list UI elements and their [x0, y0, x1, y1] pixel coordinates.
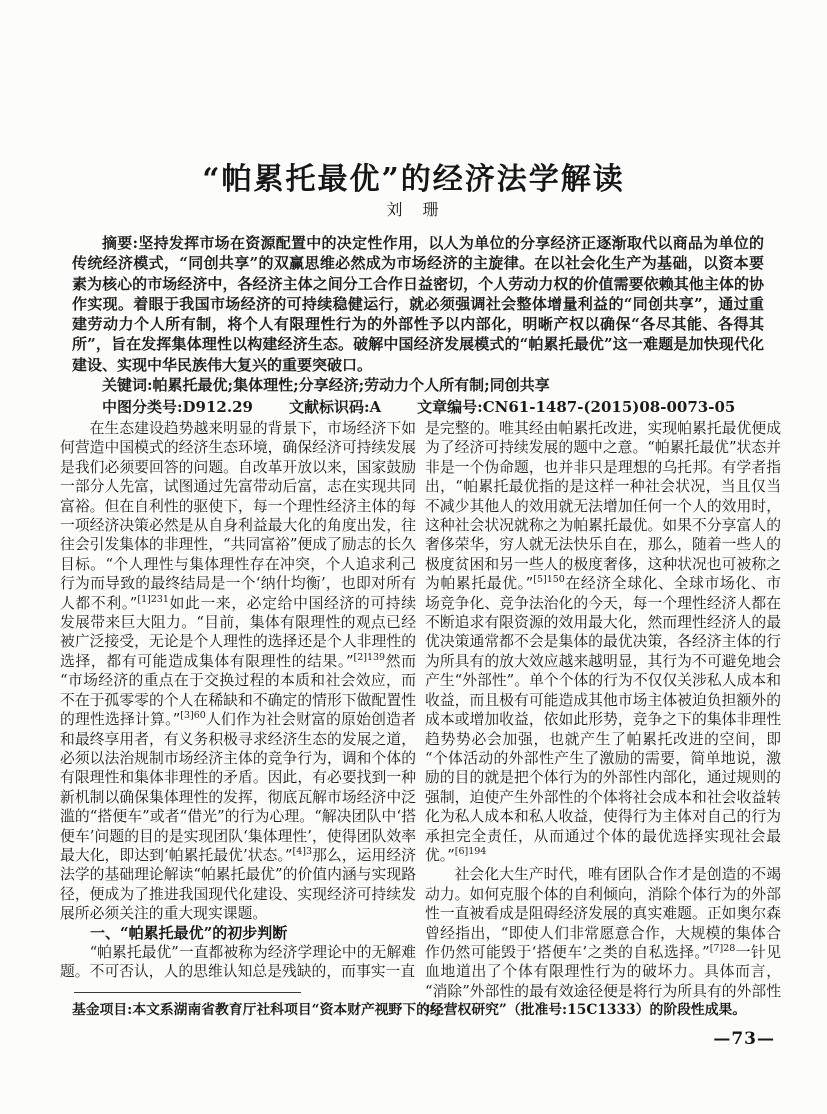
article-id: 文章编号:CN61-1487-(2015)08-0073-05 — [417, 398, 735, 416]
meta-block: 摘要:坚持发挥市场在资源配置中的决定性作用，以人为单位的分享经济正逐渐取代以商品… — [72, 233, 764, 418]
clc-value: D912.29 — [183, 398, 253, 416]
doc-code-value: A — [370, 398, 382, 416]
citation-marker: [7]28 — [710, 943, 736, 954]
body-paragraph: 社会化大生产时代，唯有团队合作才是创造的不竭动力。如何克服个体的自利倾向，消除个… — [425, 865, 781, 1020]
article-id-label: 文章编号: — [417, 398, 483, 416]
abstract-label: 摘要: — [102, 234, 138, 252]
keywords: 关键词:帕累托最优;集体理性;分享经济;劳动力个人所有制;同创共享 — [72, 375, 764, 395]
citation-marker: [5]150 — [533, 574, 565, 585]
section-heading: 一、“帕累托最优”的初步判断 — [60, 924, 416, 943]
fund-label: 基金项目: — [72, 1002, 132, 1018]
paper-page: “帕累托最优”的经济法学解读 刘 珊 摘要:坚持发挥市场在资源配置中的决定性作用… — [0, 0, 827, 1114]
keywords-label: 关键词: — [102, 376, 153, 394]
article-title: “帕累托最优”的经济法学解读 — [0, 154, 827, 198]
citation-marker: [2]139 — [354, 652, 386, 663]
clc-number: 中图分类号:D912.29 — [102, 398, 253, 416]
article-id-value: CN61-1487-(2015)08-0073-05 — [483, 398, 736, 416]
body-paragraph: “帕累托最优”一直都被称为经济学理论中的无解难题。不可否认，人的思维认知总是残缺… — [60, 943, 416, 982]
citation-marker: [1]231 — [137, 594, 169, 605]
publication-info: 中图分类号:D912.29文献标识码:A文章编号:CN61-1487-(2015… — [72, 397, 764, 417]
body-paragraph: 是完整的。唯其经由帕累托改进，实现帕累托最优便成为了经济可持续发展的题中之意。“… — [425, 419, 781, 865]
citation-marker: [6]194 — [455, 846, 487, 857]
author-name: 刘 珊 — [0, 197, 827, 220]
doc-code-label: 文献标识码: — [289, 398, 370, 416]
citation-marker: [4]3 — [293, 846, 313, 857]
abstract-text: 坚持发挥市场在资源配置中的决定性作用，以人为单位的分享经济正逐渐取代以商品为单位… — [72, 234, 764, 374]
body-paragraph: 在生态建设趋势越来明显的背景下，市场经济下如何营造中国模式的经济生态环境，确保经… — [60, 419, 416, 924]
fund-text: 本文系湖南省教育厅社科项目“资本财产视野下的经营权研究”（批准号:15C1333… — [132, 1002, 746, 1018]
citation-marker: [3]60 — [180, 710, 206, 721]
abstract: 摘要:坚持发挥市场在资源配置中的决定性作用，以人为单位的分享经济正逐渐取代以商品… — [72, 233, 764, 375]
document-code: 文献标识码:A — [289, 398, 381, 416]
left-column: 在生态建设趋势越来明显的背景下，市场经济下如何营造中国模式的经济生态环境，确保经… — [60, 419, 416, 1021]
fund-note: 基金项目:本文系湖南省教育厅社科项目“资本财产视野下的经营权研究”（批准号:15… — [72, 1001, 778, 1019]
right-column: 是完整的。唯其经由帕累托改进，实现帕累托最优便成为了经济可持续发展的题中之意。“… — [425, 419, 781, 1021]
clc-label: 中图分类号: — [102, 398, 183, 416]
footnote-divider — [74, 992, 301, 993]
keywords-text: 帕累托最优;集体理性;分享经济;劳动力个人所有制;同创共享 — [153, 376, 550, 394]
page-number: —73— — [713, 1029, 775, 1049]
body-columns: 在生态建设趋势越来明显的背景下，市场经济下如何营造中国模式的经济生态环境，确保经… — [60, 419, 781, 1021]
